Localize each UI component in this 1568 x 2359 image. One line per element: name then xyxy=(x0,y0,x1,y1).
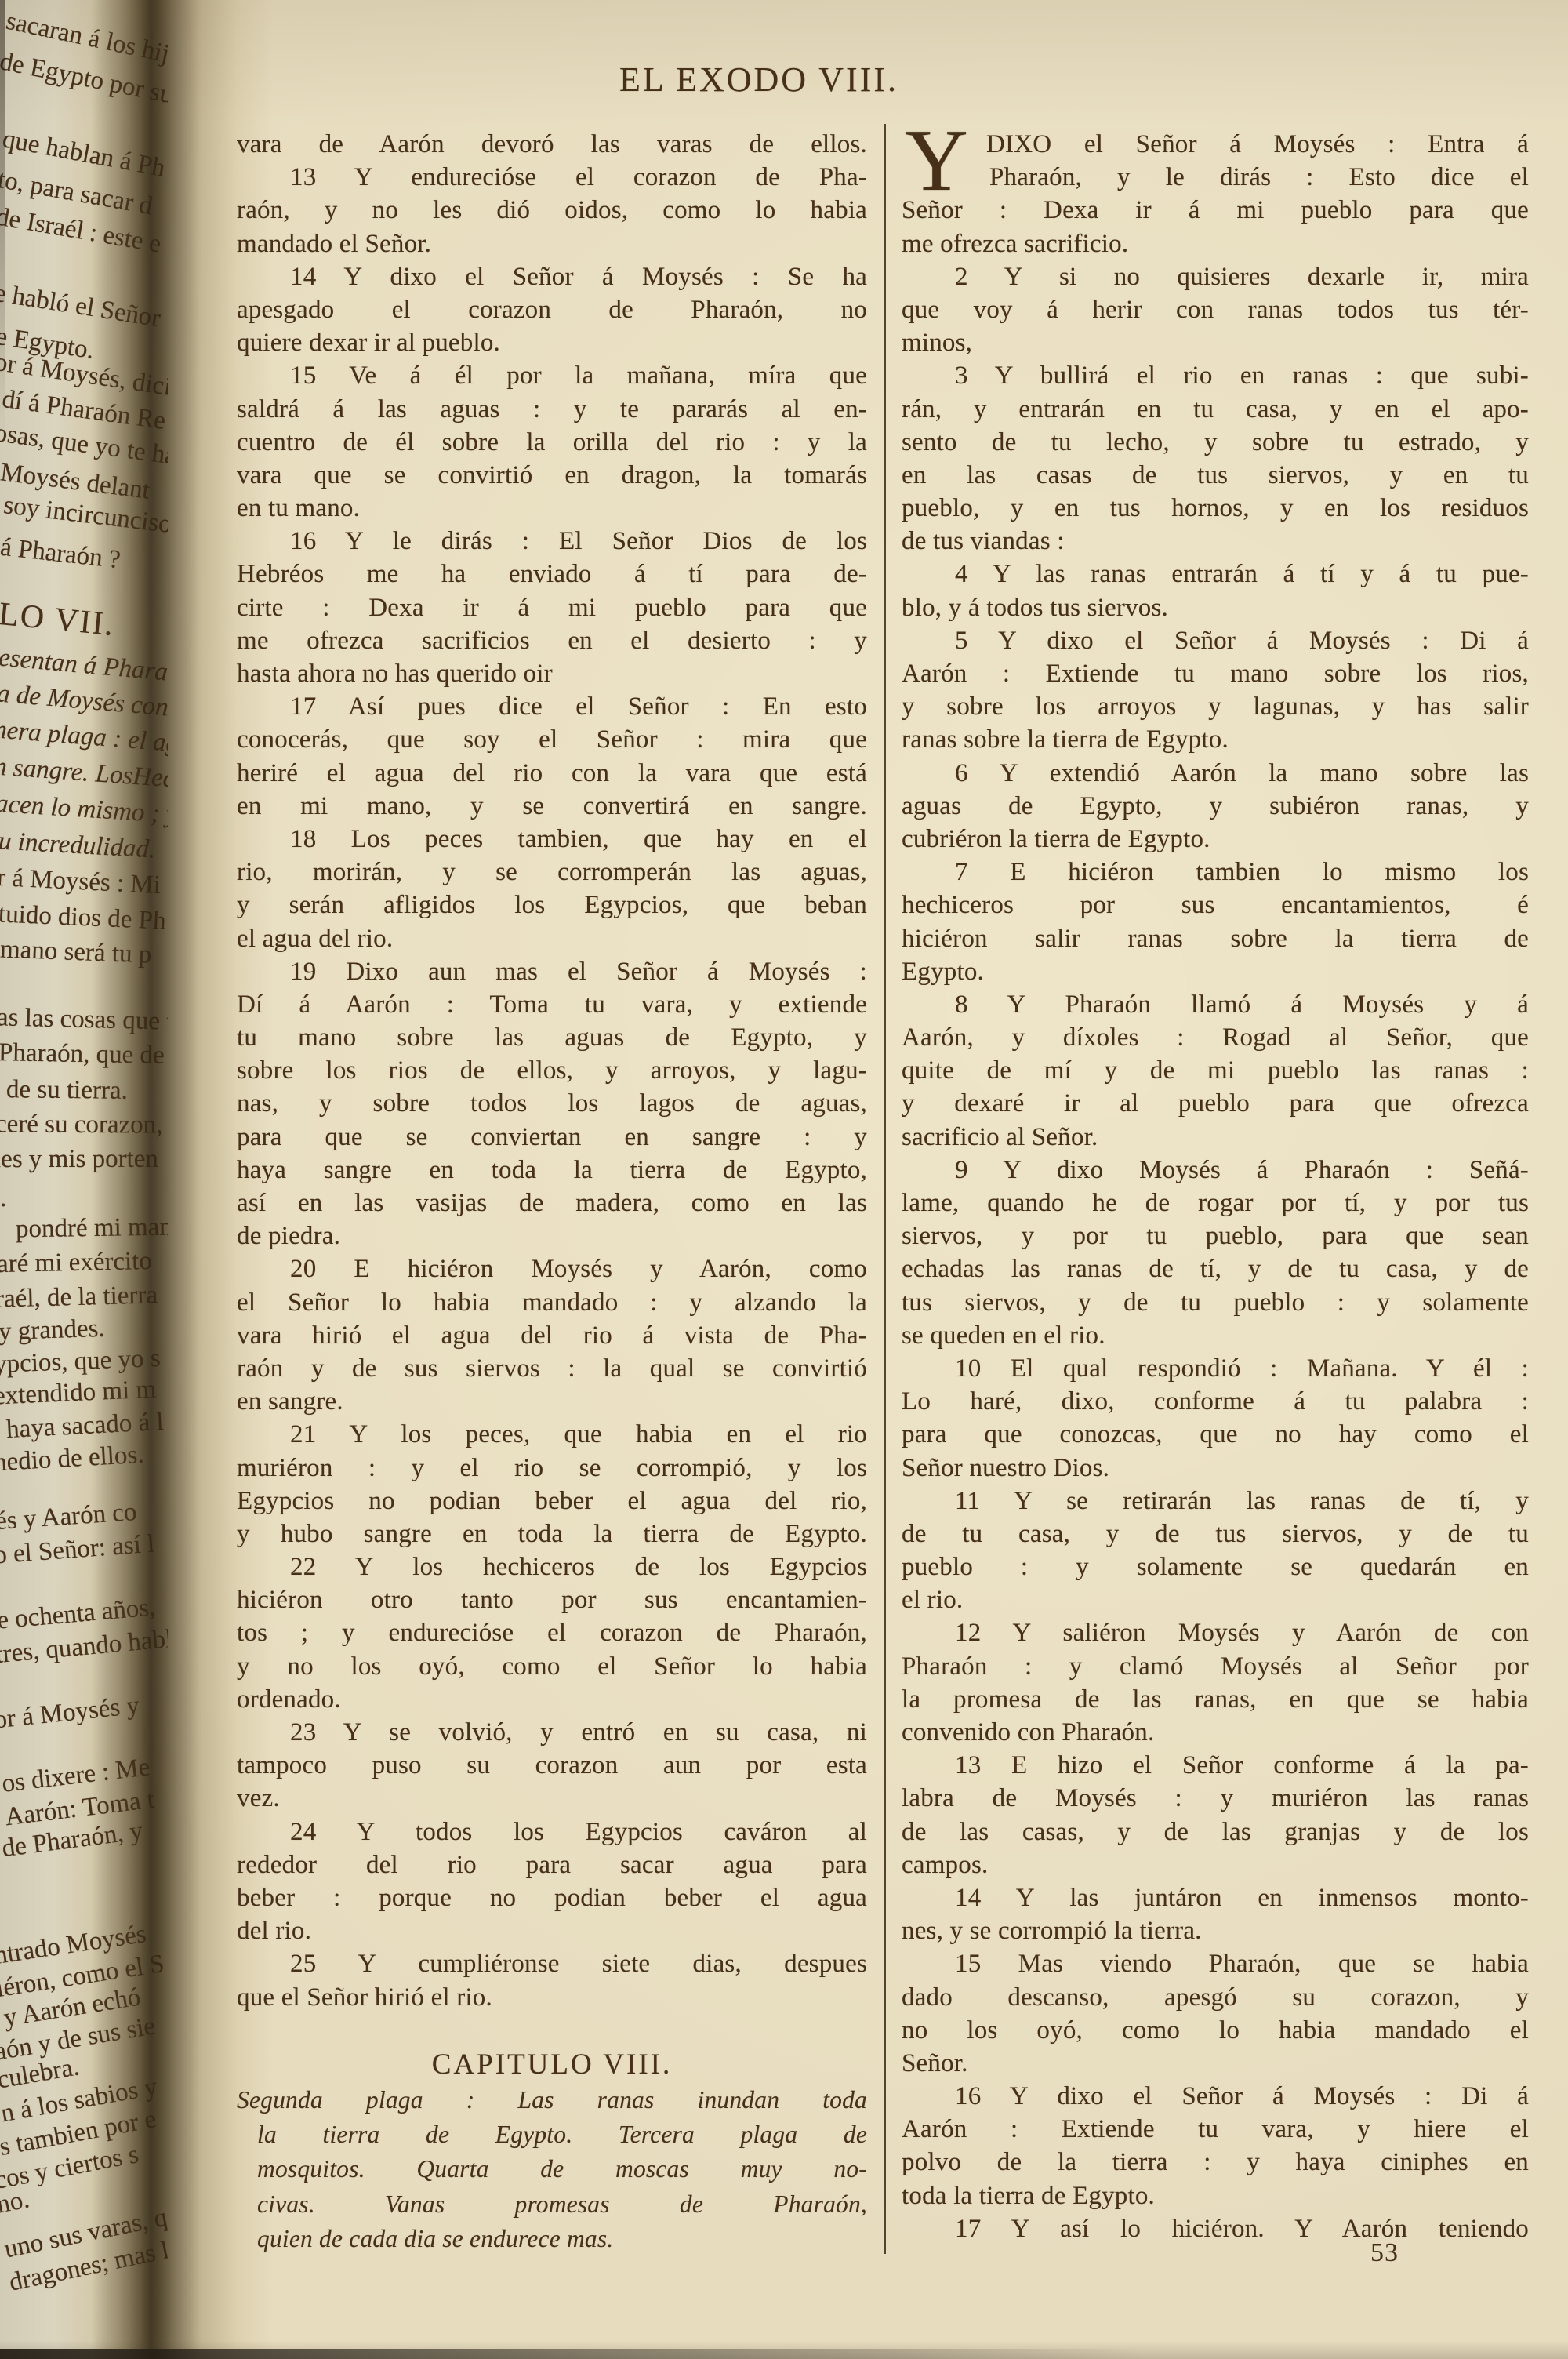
text-line: quite de mí y de mi pueblo las ranas : xyxy=(902,1054,1529,1087)
text-line: polvo de la tierra : y haya ciniphes en xyxy=(902,2146,1529,2179)
text-line: el Señor lo habia mandado : y alzando la xyxy=(237,1286,867,1319)
text-line: DIXO el Señor á Moysés : Entra á xyxy=(902,128,1529,161)
text-line: aguas de Egypto, y subiéron ranas, y xyxy=(902,790,1529,823)
text-line: raón, y no les dió oidos, como lo habia xyxy=(237,194,867,227)
text-line: vara de Aarón devoró las varas de ellos. xyxy=(237,128,867,161)
text-line: convenido con Pharaón. xyxy=(902,1716,1529,1749)
spine-text-fragment: extendido mi m xyxy=(0,1375,157,1410)
text-line: 23 Y se volvió, y entró en su casa, ni xyxy=(237,1716,867,1749)
right-text-column: Y DIXO el Señor á Moysés : Entra áPharaó… xyxy=(902,128,1529,2245)
left-text-column: vara de Aarón devoró las varas de ellos.… xyxy=(237,128,867,2256)
text-line: que voy á herir con ranas todos tus tér- xyxy=(902,293,1529,326)
text-line: 12 Y saliéron Moysés y Aarón de con xyxy=(902,1616,1529,1649)
spine-text-fragment: r á Moysés : Mi xyxy=(0,863,162,900)
text-line: y hubo sangre en toda la tierra de Egypt… xyxy=(237,1518,867,1550)
text-line: vara que se convirtió en dragon, la toma… xyxy=(237,459,867,492)
text-line: 16 Y le dirás : El Señor Dios de los xyxy=(237,525,867,558)
text-line: Lo haré, dixo, conforme á tu palabra : xyxy=(902,1385,1529,1418)
text-line: vara hirió el agua del rio á vista de Ph… xyxy=(237,1319,867,1352)
spine-text-fragment: u incredulidad. xyxy=(0,827,156,863)
text-line: y no los oyó, como el Señor lo habia xyxy=(237,1650,867,1683)
text-line: cuentro de él sobre la orilla del rio : … xyxy=(237,426,867,459)
text-line: quiere dexar ir al pueblo. xyxy=(237,326,867,359)
spine-text-fragment: no. xyxy=(0,2185,31,2219)
spine-text-fragment: a de Moysés conv xyxy=(0,679,168,722)
text-line: rio, morirán, y se corromperán las aguas… xyxy=(237,856,867,889)
text-line: se queden en el rio. xyxy=(902,1319,1529,1352)
text-line: labra de Moysés : y muriéron las ranas xyxy=(902,1782,1529,1815)
text-line: de las casas, y de las granjas y de los xyxy=(902,1816,1529,1848)
spine-text-fragment: ceré su corazon, xyxy=(0,1110,163,1139)
text-line: siervos, y por tu pueblo, para que sean xyxy=(902,1219,1529,1252)
text-line: lame, quando he de rogar por tí, y por t… xyxy=(902,1187,1529,1219)
spine-text-fragment: or á Moysés y xyxy=(0,1692,140,1735)
text-line: hiciéron salir ranas sobre la tierra de xyxy=(902,922,1529,955)
text-line: 2 Y si no quisieres dexarle ir, mira xyxy=(902,260,1529,293)
text-line: 11 Y se retirarán las ranas de tí, y xyxy=(902,1485,1529,1518)
text-line: Hebréos me ha enviado á tí para de- xyxy=(237,558,867,591)
spine-text-fragment: Pharaón, que de xyxy=(0,1038,165,1070)
text-line: conocerás, que soy el Señor : mira que xyxy=(237,723,867,756)
text-line: saldrá á las aguas : y te pararás al en- xyxy=(237,393,867,426)
spine-text-fragment: les y mis porten xyxy=(0,1145,158,1173)
text-line: minos, xyxy=(902,326,1529,359)
text-line: apesgado el corazon de Pharaón, no xyxy=(237,293,867,326)
text-line: hechiceros por sus encantamientos, é xyxy=(902,889,1529,921)
text-line: pueblo : y solamente se quedarán en xyxy=(902,1550,1529,1583)
text-line: tampoco puso su corazon aun por esta xyxy=(237,1749,867,1782)
text-line: dado descanso, apesgó su corazon, y xyxy=(902,1981,1529,2014)
spine-text-fragment: y grandes. xyxy=(0,1314,105,1346)
text-line: 14 Y dixo el Señor á Moysés : Se ha xyxy=(237,260,867,293)
text-line: muriéron : y el rio se corrompió, y los xyxy=(237,1452,867,1485)
text-line: el rio. xyxy=(902,1583,1529,1616)
text-line: la promesa de las ranas, en que se habia xyxy=(902,1683,1529,1716)
spine-text-fragment: as las cosas que t xyxy=(0,1003,168,1035)
text-line: 21 Y los peces, que habia en el rio xyxy=(237,1418,867,1451)
spine-text-fragment: raél, de la tierra xyxy=(0,1281,158,1313)
text-line: quien de cada dia se endurece mas. xyxy=(237,2222,867,2256)
text-line: Señor : Dexa ir á mi pueblo para que xyxy=(902,194,1529,227)
text-line: el agua del rio. xyxy=(237,922,867,955)
spine-text-fragment: ypcios, que yo s xyxy=(0,1344,161,1379)
page-number: 53 xyxy=(1370,2238,1399,2268)
text-line: beber : porque no podian beber el agua xyxy=(237,1881,867,1914)
text-line: ordenado. xyxy=(237,1683,867,1716)
text-line: tus siervos, y de tu pueblo : y solament… xyxy=(902,1286,1529,1319)
text-line: 13 E hizo el Señor conforme á la pa- xyxy=(902,1749,1529,1782)
text-line: Aarón : Extiende tu mano sobre los rios, xyxy=(902,657,1529,690)
text-line: de piedra. xyxy=(237,1219,867,1252)
text-line: Pharaón : y clamó Moysés al Señor por xyxy=(902,1650,1529,1683)
left-column-lines: vara de Aarón devoró las varas de ellos.… xyxy=(237,128,867,2014)
spine-text-fragment: nedio de ellos. xyxy=(0,1441,144,1478)
spine-text-fragment: acen lo mismo ; y xyxy=(0,790,168,830)
text-line: rán, y entrarán en tu casa, y en el apo- xyxy=(902,393,1529,426)
text-line: 24 Y todos los Egypcios caváron al xyxy=(237,1816,867,1848)
text-line: 25 Y cumpliéronse siete dias, despues xyxy=(237,1947,867,1980)
text-line: en sangre. xyxy=(237,1385,867,1418)
text-line: Aarón : Extiende tu vara, y hiere el xyxy=(902,2113,1529,2146)
book-scan: sacaran á los hijde Egypto por suque hab… xyxy=(0,0,1568,2359)
spine-text-fragment: . xyxy=(0,1184,6,1212)
text-line: Egypto. xyxy=(902,955,1529,988)
text-line: 13 Y endurecióse el corazon de Pha- xyxy=(237,161,867,194)
spine-text-fragment: n sangre. LosHech xyxy=(0,752,168,794)
drop-cap: Y xyxy=(905,128,980,194)
text-line: Señor. xyxy=(902,2047,1529,2080)
spine-text-fragment: e habló el Señor xyxy=(0,279,162,333)
text-line: 4 Y las ranas entrarán á tí y á tu pue- xyxy=(902,558,1529,591)
spine-text-fragment: esentan á Phara xyxy=(0,643,168,686)
photo-bottom-edge xyxy=(0,2349,1192,2359)
text-line: Señor nuestro Dios. xyxy=(902,1452,1529,1485)
text-line: 18 Los peces tambien, que hay en el xyxy=(237,823,867,856)
text-line: rededor del rio para sacar agua para xyxy=(237,1848,867,1881)
text-line: 3 Y bullirá el rio en ranas : que subi- xyxy=(902,359,1529,392)
text-line: sacrificio al Señor. xyxy=(902,1121,1529,1154)
text-line: 20 E hiciéron Moysés y Aarón, como xyxy=(237,1252,867,1285)
text-line: Pharaón, y le dirás : Esto dice el xyxy=(902,161,1529,194)
text-line: Segunda plaga : Las ranas inundan toda xyxy=(237,2083,867,2117)
text-line: nas, y sobre todos los lagos de aguas, xyxy=(237,1087,867,1120)
text-line: nes, y se corrompió la tierra. xyxy=(902,1914,1529,1947)
text-line: 19 Dixo aun mas el Señor á Moysés : xyxy=(237,955,867,988)
text-line: así en las vasijas de madera, como en la… xyxy=(237,1187,867,1219)
spine-text-fragment: á Pharaón ? xyxy=(0,533,122,575)
text-line: haya sangre en toda la tierra de Egypto, xyxy=(237,1154,867,1187)
spine-text-fragment: tuido dios de Ph xyxy=(0,900,166,935)
text-line: Dí á Aarón : Toma tu vara, y extiende xyxy=(237,988,867,1021)
text-line: 16 Y dixo el Señor á Moysés : Di á xyxy=(902,2080,1529,2113)
text-line: para que se conviertan en sangre : y xyxy=(237,1121,867,1154)
spine-text-fragment: o el Señor: así l xyxy=(0,1530,155,1570)
text-line: me ofrezca sacrificios en el desierto : … xyxy=(237,624,867,657)
text-line: 6 Y extendió Aarón la mano sobre las xyxy=(902,757,1529,790)
text-line: sobre los rios de ellos, y arroyos, y la… xyxy=(237,1054,867,1087)
text-line: toda la tierra de Egypto. xyxy=(902,2179,1529,2212)
facing-page-spine: sacaran á los hijde Egypto por suque hab… xyxy=(0,0,168,2359)
text-line: 5 Y dixo el Señor á Moysés : Di á xyxy=(902,624,1529,657)
spine-text-fragment: de su tierra. xyxy=(6,1075,128,1105)
text-line: Aarón, y díxoles : Rogad al Señor, que xyxy=(902,1021,1529,1054)
text-line: 9 Y dixo Moysés á Pharaón : Señá- xyxy=(902,1154,1529,1187)
spine-text-fragment: LO VII. xyxy=(0,600,116,639)
text-line: en mi mano, y se convertirá en sangre. xyxy=(237,790,867,823)
text-line: no los oyó, como lo habia mandado el xyxy=(902,2014,1529,2047)
text-line: echadas las ranas de tí, y de tu casa, y… xyxy=(902,1252,1529,1285)
text-line: heriré el agua del rio con la vara que e… xyxy=(237,757,867,790)
text-line: hasta ahora no has querido oir xyxy=(237,657,867,690)
text-line: cubriéron la tierra de Egypto. xyxy=(902,823,1529,856)
text-line: civas. Vanas promesas de Pharaón, xyxy=(237,2187,867,2222)
text-line: de tu casa, y de tus siervos, y de tu xyxy=(902,1518,1529,1550)
text-line: mandado el Señor. xyxy=(237,227,867,260)
text-line: 22 Y los hechiceros de los Egypcios xyxy=(237,1550,867,1583)
text-line: que el Señor hirió el rio. xyxy=(237,1981,867,2014)
text-line: campos. xyxy=(902,1848,1529,1881)
spine-text-fragment: és y Aarón co xyxy=(0,1498,138,1536)
text-line: cirte : Dexa ir á mi pueblo para que xyxy=(237,591,867,624)
text-line: hiciéron otro tanto por sus encantamien- xyxy=(237,1583,867,1616)
text-line: blo, y á todos tus siervos. xyxy=(902,591,1529,624)
text-line: 8 Y Pharaón llamó á Moysés y á xyxy=(902,988,1529,1021)
text-line: mosquitos. Quarta de moscas muy no- xyxy=(237,2152,867,2186)
text-line: y dexaré ir al pueblo para que ofrezca xyxy=(902,1087,1529,1120)
text-line: 10 El qual respondió : Mañana. Y él : xyxy=(902,1352,1529,1385)
text-line: raón y de sus siervos : la qual se convi… xyxy=(237,1352,867,1385)
text-line: la tierra de Egypto. Tercera plaga de xyxy=(237,2117,867,2152)
text-line: de tus viandas : xyxy=(902,525,1529,558)
text-line: en las casas de tus siervos, y en tu xyxy=(902,459,1529,492)
column-divider-rule xyxy=(884,124,886,2254)
text-line: en tu mano. xyxy=(237,492,867,525)
photo-left-edge xyxy=(0,0,5,439)
spine-text-fragment: nera plaga : el agu xyxy=(0,715,168,758)
chapter-heading: CAPITULO VIII. xyxy=(237,2047,867,2083)
spine-text-fragment: haya sacado á l xyxy=(5,1408,164,1444)
text-line: 14 Y las juntáron en inmensos monto- xyxy=(902,1881,1529,1914)
text-line: ranas sobre la tierra de Egypto. xyxy=(902,723,1529,756)
text-line: Egypcios no podian beber el agua del rio… xyxy=(237,1485,867,1518)
right-column-lines: DIXO el Señor á Moysés : Entra áPharaón,… xyxy=(902,128,1529,2245)
text-line: tos ; y endurecióse el corazon de Pharaó… xyxy=(237,1616,867,1649)
text-line: vez. xyxy=(237,1782,867,1815)
chapter-summary: Segunda plaga : Las ranas inundan todala… xyxy=(237,2083,867,2256)
spine-text-fragment: mano será tu p xyxy=(0,935,152,969)
text-line: sento de tu lecho, y sobre tu estrado, y xyxy=(902,426,1529,459)
text-line: y sobre los arroyos y lagunas, y has sal… xyxy=(902,690,1529,723)
text-line: pueblo, y en tus hornos, y en los residu… xyxy=(902,492,1529,525)
text-line: y serán afligidos los Egypcios, que beba… xyxy=(237,889,867,921)
text-line: para que conozcas, que no hay como el xyxy=(902,1418,1529,1451)
text-line: 15 Mas viendo Pharaón, que se habia xyxy=(902,1947,1529,1980)
text-line: 17 Y así lo hiciéron. Y Aarón teniendo xyxy=(902,2212,1529,2245)
text-line: tu mano sobre las aguas de Egypto, y xyxy=(237,1021,867,1054)
page-header: EL EXODO VIII. xyxy=(485,60,1033,100)
text-line: 15 Ve á él por la mañana, míra que xyxy=(237,359,867,392)
text-line: del rio. xyxy=(237,1914,867,1947)
spine-text-fragment: pondré mi man xyxy=(16,1213,168,1244)
text-line: me ofrezca sacrificio. xyxy=(902,227,1529,260)
text-line: 7 E hiciéron tambien lo mismo los xyxy=(902,856,1529,889)
spine-text-fragment: aré mi exército xyxy=(0,1247,152,1278)
text-line: 17 Así pues dice el Señor : En esto xyxy=(237,690,867,723)
